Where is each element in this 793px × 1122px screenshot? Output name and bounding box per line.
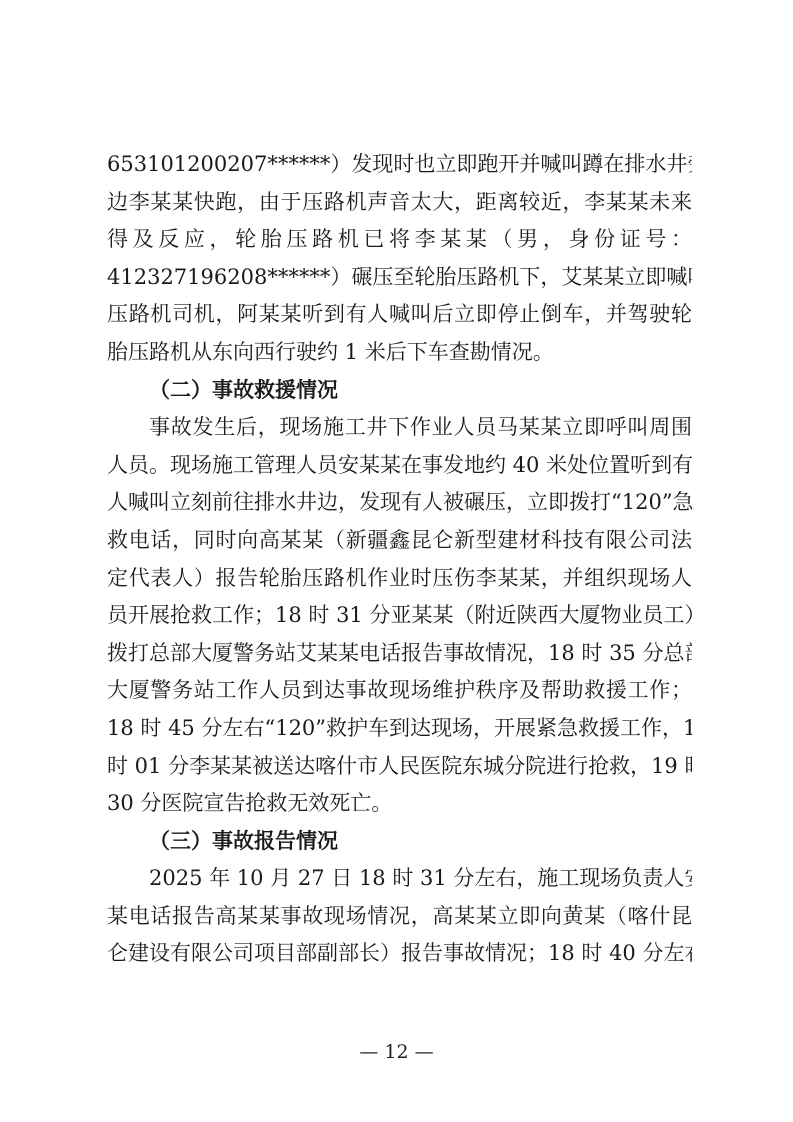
paragraph-line: 412327196208******）碾压至轮胎压路机下，艾某某立即喊叫 — [107, 259, 692, 297]
section-heading-report: （三）事故报告情况 — [107, 823, 692, 861]
paragraph-line: 人喊叫立刻前往排水井边，发现有人被碾压，立即拨打“120”急 — [107, 484, 692, 522]
paragraph-line: 某电话报告高某某事故现场情况，高某某立即向黄某（喀什昆 — [107, 898, 692, 936]
section-heading-rescue: （二）事故救援情况 — [107, 372, 692, 410]
paragraph-line: 定代表人）报告轮胎压路机作业时压伤李某某，并组织现场人 — [107, 560, 692, 598]
paragraph-line: 员开展抢救工作；18 时 31 分亚某某（附近陕西大厦物业员工） — [107, 597, 692, 635]
paragraph-line: 得及反应，轮胎压路机已将李某某（男，身份证号： — [107, 221, 692, 259]
paragraph-line: 仑建设有限公司项目部副部长）报告事故情况；18 时 40 分左右， — [107, 935, 692, 973]
paragraph-line: 30 分医院宣告抢救无效死亡。 — [107, 785, 692, 823]
paragraph-line: 拨打总部大厦警务站艾某某电话报告事故情况，18 时 35 分总部 — [107, 635, 692, 673]
paragraph-line: 胎压路机从东向西行驶约 1 米后下车查勘情况。 — [107, 334, 692, 372]
paragraph-line: 压路机司机，阿某某听到有人喊叫后立即停止倒车，并驾驶轮 — [107, 296, 692, 334]
document-body: 653101200207******）发现时也立即跑开并喊叫蹲在排水井旁 边李某… — [107, 146, 692, 973]
paragraph-line: 时 01 分李某某被送达喀什市人民医院东城分院进行抢救，19 时 — [107, 748, 692, 786]
paragraph-line: 事故发生后，现场施工井下作业人员马某某立即呼叫周围 — [107, 409, 692, 447]
paragraph-line: 救电话，同时向高某某（新疆鑫昆仑新型建材科技有限公司法 — [107, 522, 692, 560]
paragraph-line: 653101200207******）发现时也立即跑开并喊叫蹲在排水井旁 — [107, 146, 692, 184]
paragraph-line: 2025 年 10 月 27 日 18 时 31 分左右，施工现场负责人安某 — [107, 860, 692, 898]
paragraph-line: 人员。现场施工管理人员安某某在事发地约 40 米处位置听到有 — [107, 447, 692, 485]
paragraph-line: 18 时 45 分左右“120”救护车到达现场，开展紧急救援工作，19 — [107, 710, 692, 748]
page-number: — 12 — — [0, 1040, 793, 1064]
document-page: 653101200207******）发现时也立即跑开并喊叫蹲在排水井旁 边李某… — [0, 0, 793, 1122]
paragraph-line: 边李某某快跑，由于压路机声音太大，距离较近，李某某未来 — [107, 184, 692, 222]
paragraph-line: 大厦警务站工作人员到达事故现场维护秩序及帮助救援工作； — [107, 672, 692, 710]
